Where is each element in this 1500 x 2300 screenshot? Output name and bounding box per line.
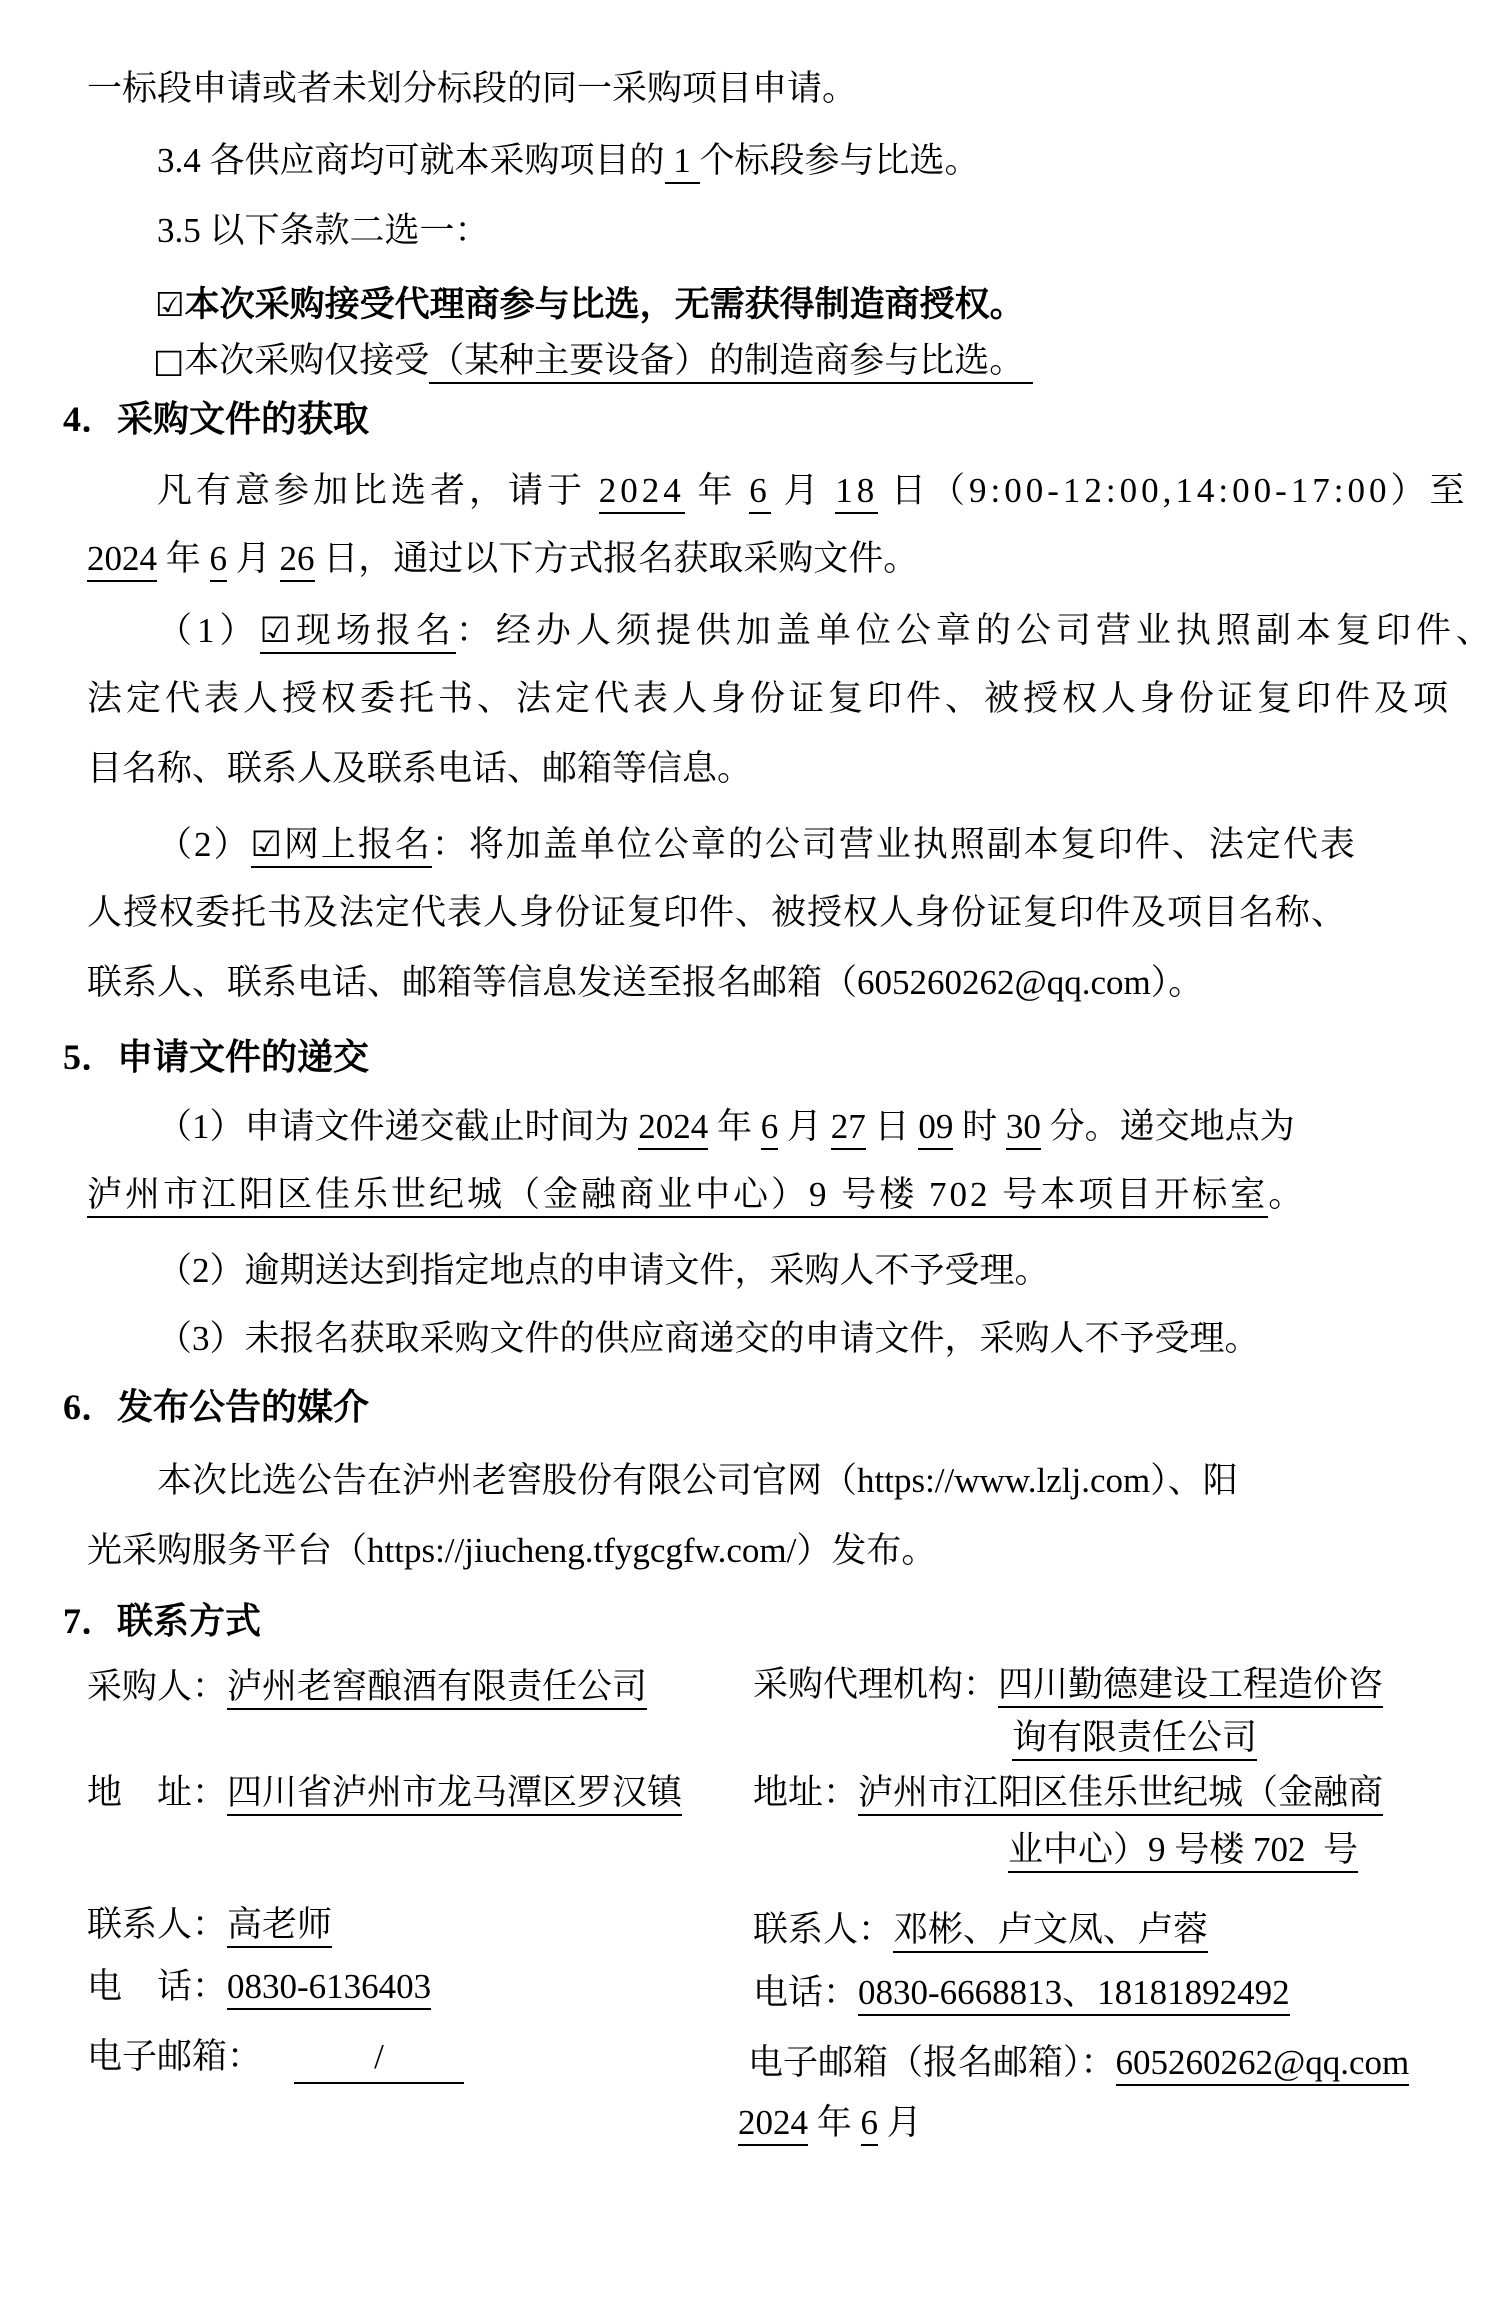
option-agent-allowed: ☑本次采购接受代理商参与比选，无需获得制造商授权。 xyxy=(155,282,1025,328)
text-segment: 本次比选公告在泸州老窖股份有限公司官网（https://www.lzlj.com… xyxy=(157,1461,1238,1500)
agency-address-row: 地址：泸州市江阳区佳乐世纪城（金融商 xyxy=(753,1770,1383,1816)
section-6-line-1: 本次比选公告在泸州老窖股份有限公司官网（https://www.lzlj.com… xyxy=(157,1458,1238,1504)
clause-3-4: 3.4 各供应商均可就本采购项目的 1 个标段参与比选。 xyxy=(157,138,980,184)
agency-contact-value: 邓彬、卢文凤、卢蓉 xyxy=(893,1910,1208,1953)
deadline-year-value: 2024 xyxy=(638,1107,708,1150)
field-label: 电子邮箱（报名邮箱）： xyxy=(748,2043,1116,2082)
heading-text: 4．采购文件的获取 xyxy=(63,399,369,439)
agency-address-row-wrap: 业中心）9 号楼 702 号 xyxy=(1008,1827,1358,1873)
purchaser-contact-value: 高老师 xyxy=(227,1905,332,1948)
date-month-value: 6 xyxy=(749,471,771,514)
blank-filled-value: 1 xyxy=(665,141,700,184)
text-segment: 年 xyxy=(685,471,750,510)
text-segment: 3.4 各供应商均可就本采购项目的 xyxy=(157,141,665,180)
agency-contact-row: 联系人：邓彬、卢文凤、卢蓉 xyxy=(753,1907,1208,1953)
text-segment: 时 xyxy=(953,1107,1006,1146)
section-4-item-2-line-2: 人授权委托书及法定代表人身份证复印件、被授权人身份证复印件及项目名称、 xyxy=(87,890,1347,936)
footer-date: 2024 年 6 月 xyxy=(738,2100,922,2146)
date-day-value: 18 xyxy=(835,471,878,514)
agency-address-value-line1: 泸州市江阳区佳乐世纪城（金融商 xyxy=(858,1773,1383,1816)
online-signup-label: ☑网上报名 xyxy=(251,825,432,868)
checkbox-unchecked-icon: □ xyxy=(153,341,184,380)
text-segment: 月 xyxy=(878,2103,922,2142)
agency-email-row: 电子邮箱（报名邮箱）：605260262@qq.com xyxy=(748,2040,1409,2086)
text-segment: 凡有意参加比选者，请于 xyxy=(157,471,599,510)
text-segment: 人授权委托书及法定代表人身份证复印件、被授权人身份证复印件及项目名称、 xyxy=(87,893,1347,932)
footer-year-value: 2024 xyxy=(738,2103,808,2146)
text-segment: （2）逾期送达到指定地点的申请文件，采购人不予受理。 xyxy=(157,1251,1050,1290)
text-segment: 一标段申请或者未划分标段的同一采购项目申请。 xyxy=(87,69,857,108)
text-segment: 日，通过以下方式报名获取采购文件。 xyxy=(315,539,919,578)
purchaser-name-row: 采购人：泸州老窖酿酒有限责任公司 xyxy=(87,1664,647,1710)
section-5-item-1-line-1: （1）申请文件递交截止时间为 2024 年 6 月 27 日 09 时 30 分… xyxy=(157,1104,1295,1150)
purchaser-phone-value: 0830-6136403 xyxy=(227,1967,431,2010)
text-segment: 日（9:00-12:00,14:00-17:00）至 xyxy=(878,471,1468,510)
section-5-item-2: （2）逾期送达到指定地点的申请文件，采购人不予受理。 xyxy=(157,1248,1050,1294)
heading-text: 5．申请文件的递交 xyxy=(63,1037,369,1077)
footer-month-value: 6 xyxy=(861,2103,879,2146)
purchaser-address-row: 地 址：四川省泸州市龙马潭区罗汉镇 xyxy=(87,1770,682,1816)
purchaser-contact-row: 联系人：高老师 xyxy=(87,1902,332,1948)
field-label: 联系人： xyxy=(87,1905,227,1944)
section-7-heading: 7．联系方式 xyxy=(63,1598,261,1644)
heading-text: 7．联系方式 xyxy=(63,1601,261,1641)
option-text: 本次采购仅接受 xyxy=(184,341,429,380)
agency-email-value: 605260262@qq.com xyxy=(1116,2043,1410,2086)
field-label: 采购人： xyxy=(87,1667,227,1706)
date-month-value: 6 xyxy=(210,539,228,582)
deadline-month-value: 6 xyxy=(761,1107,779,1150)
text-segment: 年 xyxy=(708,1107,761,1146)
purchaser-name-value: 泸州老窖酿酒有限责任公司 xyxy=(227,1667,647,1710)
clause-3-5: 3.5 以下条款二选一： xyxy=(157,208,490,254)
agency-name-row-wrap: 询有限责任公司 xyxy=(1012,1715,1257,1761)
section-5-item-1-line-2: 泸州市江阳区佳乐世纪城（金融商业中心）9 号楼 702 号本项目开标室。 xyxy=(87,1172,1306,1218)
option-manufacturer-only: □本次采购仅接受（某种主要设备）的制造商参与比选。 xyxy=(153,338,1033,384)
purchaser-email-value: / xyxy=(294,2034,464,2084)
section-4-item-1-line-2: 法定代表人授权委托书、法定代表人身份证复印件、被授权人身份证复印件及项 xyxy=(87,676,1452,722)
text-segment: ：将加盖单位公章的公司营业执照副本复印件、法定代表 xyxy=(432,825,1357,864)
paragraph-wrap-line: 一标段申请或者未划分标段的同一采购项目申请。 xyxy=(87,66,857,112)
section-5-item-3: （3）未报名获取采购文件的供应商递交的申请文件，采购人不予受理。 xyxy=(157,1316,1260,1362)
agency-name-value-line2: 询有限责任公司 xyxy=(1012,1718,1257,1761)
field-label: 联系人： xyxy=(753,1910,893,1949)
section-4-line-1: 凡有意参加比选者，请于 2024 年 6 月 18 日（9:00-12:00,1… xyxy=(157,468,1469,514)
onsite-signup-label: ☑现场报名 xyxy=(260,611,456,654)
text-segment: 3.5 以下条款二选一： xyxy=(157,211,490,250)
field-label: 采购代理机构： xyxy=(753,1665,998,1704)
field-label: 地 址： xyxy=(87,1773,227,1812)
text-segment: 个标段参与比选。 xyxy=(700,141,980,180)
field-label: 电 话： xyxy=(87,1967,227,2006)
checkbox-checked-icon: ☑ xyxy=(155,285,185,324)
text-segment: 。 xyxy=(1268,1175,1306,1214)
section-4-item-2-line-1: （2）☑网上报名：将加盖单位公章的公司营业执照副本复印件、法定代表 xyxy=(157,822,1357,868)
heading-text: 6．发布公告的媒介 xyxy=(63,1387,369,1427)
deadline-minute-value: 30 xyxy=(1006,1107,1041,1150)
text-segment: 分。递交地点为 xyxy=(1041,1107,1295,1146)
section-6-heading: 6．发布公告的媒介 xyxy=(63,1384,369,1430)
text-segment: 月 xyxy=(778,1107,831,1146)
purchaser-address-value: 四川省泸州市龙马潭区罗汉镇 xyxy=(227,1773,682,1816)
deadline-day-value: 27 xyxy=(831,1107,866,1150)
text-segment: 联系人、联系电话、邮箱等信息发送至报名邮箱（605260262@qq.com）。 xyxy=(87,963,1203,1002)
agency-name-value-line1: 四川勤德建设工程造价咨 xyxy=(998,1665,1383,1708)
agency-phone-row: 电话：0830-6668813、18181892492 xyxy=(753,1970,1290,2016)
text-segment: （3）未报名获取采购文件的供应商递交的申请文件，采购人不予受理。 xyxy=(157,1319,1260,1358)
text-segment: （1）申请文件递交截止时间为 xyxy=(157,1107,638,1146)
text-segment: 年 xyxy=(808,2103,861,2142)
blank-filled-value: （某种主要设备）的制造商参与比选。 xyxy=(429,341,1033,384)
agency-address-value-line2: 业中心）9 号楼 702 号 xyxy=(1008,1830,1358,1873)
section-4-line-2: 2024 年 6 月 26 日，通过以下方式报名获取采购文件。 xyxy=(87,536,918,582)
text-segment: 日 xyxy=(866,1107,919,1146)
text-segment: ：经办人须提供加盖单位公章的公司营业执照副本复印件、 xyxy=(456,611,1496,650)
date-year-value: 2024 xyxy=(87,539,157,582)
item-number: （2） xyxy=(157,825,251,864)
text-segment: 年 xyxy=(157,539,210,578)
date-day-value: 26 xyxy=(280,539,315,582)
item-number: （1） xyxy=(157,611,260,650)
submission-location-value: 泸州市江阳区佳乐世纪城（金融商业中心）9 号楼 702 号本项目开标室 xyxy=(87,1175,1268,1218)
section-6-line-2: 光采购服务平台（https://jiucheng.tfygcgfw.com/）发… xyxy=(87,1528,936,1574)
section-4-item-1-line-3: 目名称、联系人及联系电话、邮箱等信息。 xyxy=(87,746,752,792)
deadline-hour-value: 09 xyxy=(918,1107,953,1150)
purchaser-phone-row: 电 话：0830-6136403 xyxy=(87,1964,431,2010)
text-segment: 法定代表人授权委托书、法定代表人身份证复印件、被授权人身份证复印件及项 xyxy=(87,679,1452,718)
agency-name-row: 采购代理机构：四川勤德建设工程造价咨 xyxy=(753,1662,1383,1708)
field-label: 电子邮箱： xyxy=(87,2037,262,2076)
field-label: 地址： xyxy=(753,1773,858,1812)
section-4-heading: 4．采购文件的获取 xyxy=(63,396,369,442)
option-text: 本次采购接受代理商参与比选，无需获得制造商授权。 xyxy=(185,285,1025,324)
section-5-heading: 5．申请文件的递交 xyxy=(63,1034,369,1080)
date-year-value: 2024 xyxy=(599,471,685,514)
text-segment: 光采购服务平台（https://jiucheng.tfygcgfw.com/）发… xyxy=(87,1531,936,1570)
document-page: 一标段申请或者未划分标段的同一采购项目申请。 3.4 各供应商均可就本采购项目的… xyxy=(0,0,1500,2300)
section-4-item-1-line-1: （1）☑现场报名：经办人须提供加盖单位公章的公司营业执照副本复印件、 xyxy=(157,608,1496,654)
text-segment: 目名称、联系人及联系电话、邮箱等信息。 xyxy=(87,749,752,788)
agency-phone-value: 0830-6668813、18181892492 xyxy=(858,1973,1290,2016)
text-segment: 月 xyxy=(771,471,836,510)
text-segment: 月 xyxy=(227,539,280,578)
field-label: 电话： xyxy=(753,1973,858,2012)
section-4-item-2-line-3: 联系人、联系电话、邮箱等信息发送至报名邮箱（605260262@qq.com）。 xyxy=(87,960,1203,1006)
purchaser-email-row: 电子邮箱：/ xyxy=(87,2034,464,2084)
